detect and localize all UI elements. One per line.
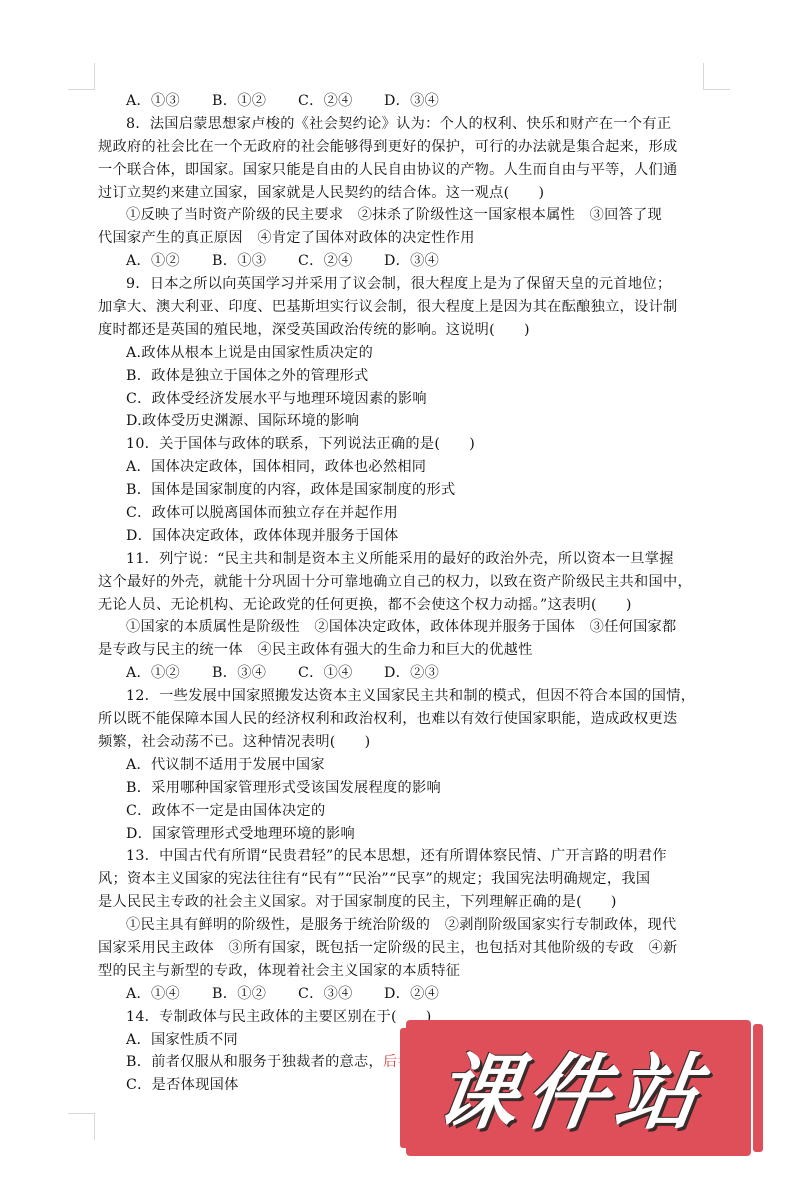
answer-option: C．③④: [298, 983, 384, 1006]
text-line: 8．法国启蒙思想家卢梭的《社会契约论》认为：个人的权利、快乐和财产在一个有正: [98, 113, 708, 136]
text-line: 10．关于国体与政体的联系，下列说法正确的是( ): [98, 433, 708, 456]
crop-mark-top-right: [703, 63, 730, 90]
answer-option: C．②④: [298, 250, 384, 273]
text-line: 风；资本主义国家的宪法往往有“民有”“民治”“民享”的规定；我国宪法明确规定，我…: [98, 868, 708, 891]
text-line: C．政体受经济发展水平与地理环境因素的影响: [98, 388, 708, 411]
document-page: A．①③B．①②C．②④D．③④8．法国启蒙思想家卢梭的《社会契约论》认为：个人…: [0, 0, 800, 1200]
text-line: C．政体不一定是由国体决定的: [98, 800, 708, 823]
answer-option: C．②④: [298, 90, 384, 113]
text-line: 一个联合体，即国家。国家只能是自由的人民自由协议的产物。人生而自由与平等，人们通: [98, 159, 708, 182]
text-line: 是人民民主专政的社会主义国家。对于国家制度的民主，下列理解正确的是( ): [98, 891, 708, 914]
text-line: 加拿大、澳大利亚、印度、巴基斯坦实行议会制，很大程度上是因为其在酝酿独立，设计制: [98, 296, 708, 319]
text-line: 代国家产生的真正原因 ④肯定了国体对政体的决定性作用: [98, 227, 708, 250]
text-line: 型的民主与新型的专政，体现着社会主义国家的本质特征: [98, 960, 708, 983]
answer-option: A．①④: [126, 983, 212, 1006]
document-body: A．①③B．①②C．②④D．③④8．法国启蒙思想家卢梭的《社会契约论》认为：个人…: [98, 90, 708, 1097]
watermark-edge: [753, 1024, 763, 1152]
answer-option: D．②③: [384, 662, 470, 685]
text-line: D．国家管理形式受地理环境的影响: [98, 823, 708, 846]
answer-option: A．①③: [126, 90, 212, 113]
answer-options: A．①②B．③④C．①④D．②③: [98, 662, 708, 685]
text-line: 规政府的社会比在一个无政府的社会能够得到更好的保护，可行的办法就是集合起来，形成: [98, 136, 708, 159]
crop-mark-bottom-left: [68, 1113, 95, 1140]
answer-option: B．③④: [212, 662, 298, 685]
answer-option: D．②④: [384, 983, 470, 1006]
text-line: A．代议制不适用于发展中国家: [98, 754, 708, 777]
text-line: 9．日本之所以向英国学习并采用了议会制，很大程度上是为了保留天皇的元首地位；: [98, 273, 708, 296]
text-line: C．政体可以脱离国体而独立存在并起作用: [98, 502, 708, 525]
answer-option: C．①④: [298, 662, 384, 685]
text-line: 频繁，社会动荡不已。这种情况表明( ): [98, 731, 708, 754]
answer-options: A．①③B．①②C．②④D．③④: [98, 90, 708, 113]
text-line: 11．列宁说：“民主共和制是资本主义所能采用的最好的政治外壳，所以资本一旦掌握: [98, 548, 708, 571]
text-line: 12．一些发展中国家照搬发达资本主义国家民主共和制的模式，但因不符合本国的国情，: [98, 685, 708, 708]
text-line: 国家采用民主政体 ③所有国家，既包括一定阶级的民主，也包括对其他阶级的专政 ④新: [98, 937, 708, 960]
text-line: ①反映了当时资产阶级的民主要求 ②抹杀了阶级性这一国家根本属性 ③回答了现: [98, 204, 708, 227]
text-line: D．国体决定政体，政体体现并服务于国体: [98, 525, 708, 548]
answer-option: B．①②: [212, 90, 298, 113]
text-line: 度时都还是英国的殖民地，深受英国政治传统的影响。这说明( ): [98, 319, 708, 342]
text-line: A．国体决定政体，国体相同，政体也必然相同: [98, 456, 708, 479]
text-line: 所以既不能保障本国人民的经济权利和政治权利，也难以有效行使国家职能，造成政权更迭: [98, 708, 708, 731]
text-line: 这个最好的外壳，就能十分巩固十分可靠地确立自己的权力，以致在资产阶级民主共和国中…: [98, 571, 708, 594]
answer-option: D．③④: [384, 90, 470, 113]
answer-options: A．①④B．①②C．③④D．②④: [98, 983, 708, 1006]
text-line: B．国体是国家制度的内容，政体是国家制度的形式: [98, 479, 708, 502]
text-line: ①民主具有鲜明的阶级性，是服务于统治阶级的 ②剥削阶级国家实行专制政体，现代: [98, 914, 708, 937]
answer-options: A．①②B．①③C．②④D．③④: [98, 250, 708, 273]
answer-option: D．③④: [384, 250, 470, 273]
text-line: 无论人员、无论机构、无论政党的任何更换，都不会使这个权力动摇。”这表明( ): [98, 594, 708, 617]
crop-mark-top-left: [68, 63, 95, 90]
text-line: B．政体是独立于国体之外的管理形式: [98, 365, 708, 388]
text-line: D.政体受历史渊源、国际环境的影响: [98, 410, 708, 433]
text-line: 是专政与民主的统一体 ④民主政体有强大的生命力和巨大的优越性: [98, 639, 708, 662]
text-line: 过订立契约来建立国家，国家就是人民契约的结合体。这一观点( ): [98, 182, 708, 205]
text-line: 13．中国古代有所谓“民贵君轻”的民本思想，还有所谓体察民情、广开言路的明君作: [98, 845, 708, 868]
answer-option: B．①②: [212, 983, 298, 1006]
answer-option: B．①③: [212, 250, 298, 273]
text-line: ①国家的本质属性是阶级性 ②国体决定政体，政体体现并服务于国体 ③任何国家都: [98, 616, 708, 639]
text-line: B．采用哪种国家管理形式受该国发展程度的影响: [98, 777, 708, 800]
answer-option: A．①②: [126, 250, 212, 273]
text-line: A.政体从根本上说是由国家性质决定的: [98, 342, 708, 365]
answer-option: A．①②: [126, 662, 212, 685]
watermark-text: 课件站: [429, 1044, 713, 1144]
watermark-stamp: 课件站: [400, 1014, 765, 1174]
text-segment: B．前者仅服从和服务于独裁者的意志，: [126, 1054, 383, 1070]
